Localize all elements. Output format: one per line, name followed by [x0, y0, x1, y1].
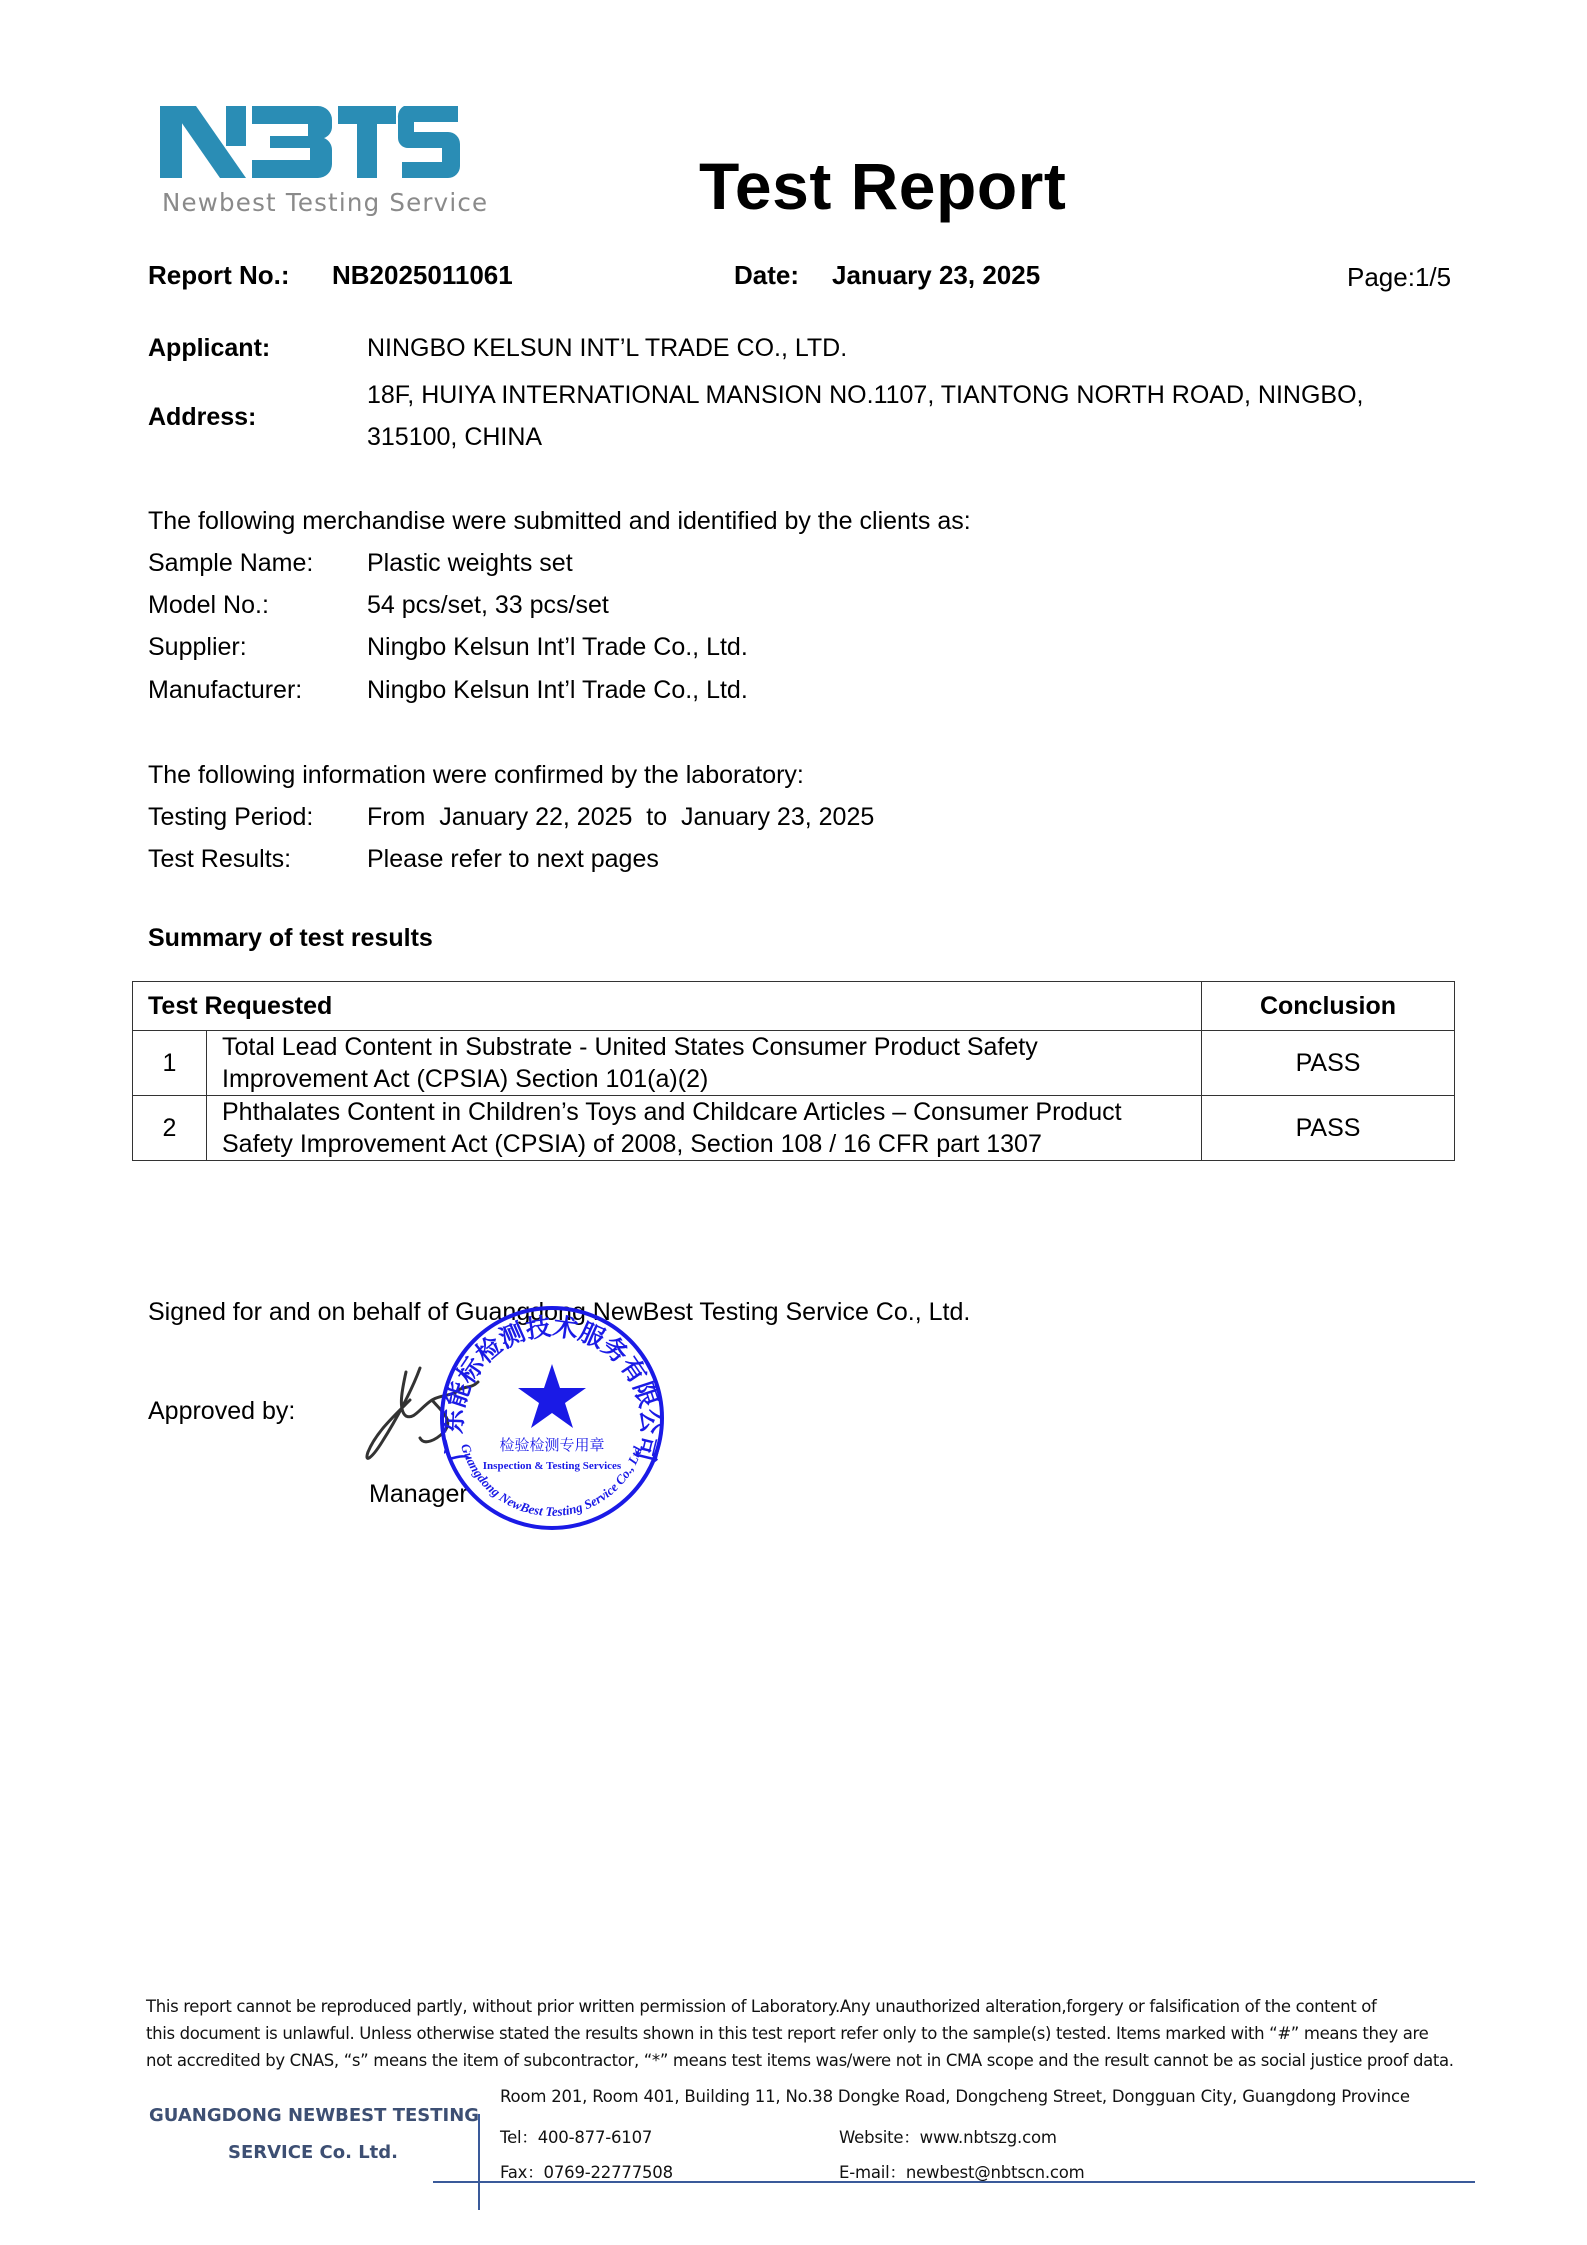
disclaimer-line: this document is unlawful. Unless otherw… — [146, 2020, 1466, 2047]
footer-tel: Tel：400-877-6107 — [500, 2124, 652, 2148]
test-description-line1: Phthalates Content in Children’s Toys an… — [222, 1096, 1201, 1128]
footer-company-line2: SERVICE Co. Ltd. — [228, 2142, 398, 2163]
stamp-seal-icon: 广东能标检测技术服务有限公司 检验检测专用章 Inspection & Test… — [436, 1302, 668, 1534]
sample-name-value: Plastic weights set — [367, 549, 573, 578]
model-no-value: 54 pcs/set, 33 pcs/set — [367, 591, 609, 620]
applicant-value: NINGBO KELSUN INT’L TRADE CO., LTD. — [367, 334, 847, 363]
footer-fax: Fax：0769-22777508 — [500, 2159, 673, 2183]
applicant-label: Applicant: — [148, 334, 270, 363]
summary-heading: Summary of test results — [148, 924, 433, 953]
column-header-conclusion: Conclusion — [1202, 982, 1455, 1031]
table-header-row: Test Requested Conclusion — [133, 982, 1455, 1031]
column-header-test-requested: Test Requested — [133, 982, 1202, 1031]
logo-subtitle: Newbest Testing Service — [162, 188, 488, 217]
official-stamp: 广东能标检测技术服务有限公司 检验检测专用章 Inspection & Test… — [436, 1302, 668, 1534]
footer-website[interactable]: Website：www.nbtszg.com — [839, 2124, 1057, 2148]
manufacturer-value: Ningbo Kelsun Int’l Trade Co., Ltd. — [367, 676, 748, 705]
test-results-value: Please refer to next pages — [367, 845, 659, 874]
model-no-label: Model No.: — [148, 591, 269, 620]
report-no-label: Report No.: — [148, 260, 290, 291]
footer-address: Room 201, Room 401, Building 11, No.38 D… — [500, 2087, 1410, 2106]
conclusion-cell: PASS — [1202, 1096, 1455, 1161]
page-title: Test Report — [699, 148, 1066, 224]
summary-table: Test Requested Conclusion 1 Total Lead C… — [132, 981, 1455, 1161]
disclaimer-line: This report cannot be reproduced partly,… — [146, 1993, 1466, 2020]
address-line1: 18F, HUIYA INTERNATIONAL MANSION NO.1107… — [367, 381, 1363, 410]
testing-period-value: From January 22, 2025 to January 23, 202… — [367, 803, 874, 832]
test-description-line2: Improvement Act (CPSIA) Section 101(a)(2… — [222, 1063, 1201, 1095]
test-description-line2: Safety Improvement Act (CPSIA) of 2008, … — [222, 1128, 1201, 1160]
date-value: January 23, 2025 — [832, 260, 1040, 291]
address-label: Address: — [148, 403, 256, 432]
page-number: Page:1/5 — [1347, 262, 1451, 293]
supplier-label: Supplier: — [148, 633, 247, 662]
manufacturer-label: Manufacturer: — [148, 676, 302, 705]
sample-name-label: Sample Name: — [148, 549, 313, 578]
approved-by-label: Approved by: — [148, 1397, 295, 1426]
test-description: Phthalates Content in Children’s Toys an… — [207, 1096, 1202, 1161]
conclusion-cell: PASS — [1202, 1031, 1455, 1096]
supplier-value: Ningbo Kelsun Int’l Trade Co., Ltd. — [367, 633, 748, 662]
test-description: Total Lead Content in Substrate - United… — [207, 1031, 1202, 1096]
svg-text:检验检测专用章: 检验检测专用章 — [499, 1436, 604, 1454]
footer-email[interactable]: E-mail：newbest@nbtscn.com — [839, 2159, 1085, 2183]
laboratory-intro: The following information were confirmed… — [148, 761, 804, 790]
testing-period-label: Testing Period: — [148, 803, 313, 832]
test-description-line1: Total Lead Content in Substrate - United… — [222, 1031, 1201, 1063]
table-row: 2 Phthalates Content in Children’s Toys … — [133, 1096, 1455, 1161]
date-label: Date: — [734, 260, 799, 291]
report-no-value: NB2025011061 — [332, 260, 513, 291]
row-number: 1 — [133, 1031, 207, 1096]
nbts-logo-mark-icon — [160, 104, 460, 184]
address-line2: 315100, CHINA — [367, 423, 542, 452]
table-row: 1 Total Lead Content in Substrate - Unit… — [133, 1031, 1455, 1096]
test-results-label: Test Results: — [148, 845, 291, 874]
disclaimer-line: not accredited by CNAS, “s” means the it… — [146, 2047, 1466, 2074]
merchandise-intro: The following merchandise were submitted… — [148, 507, 971, 536]
legal-disclaimer: This report cannot be reproduced partly,… — [146, 1993, 1466, 2074]
row-number: 2 — [133, 1096, 207, 1161]
svg-text:Inspection & Testing Services: Inspection & Testing Services — [483, 1460, 622, 1472]
footer-vertical-rule — [478, 2114, 480, 2210]
footer-company-line1: GUANGDONG NEWBEST TESTING — [149, 2105, 479, 2126]
